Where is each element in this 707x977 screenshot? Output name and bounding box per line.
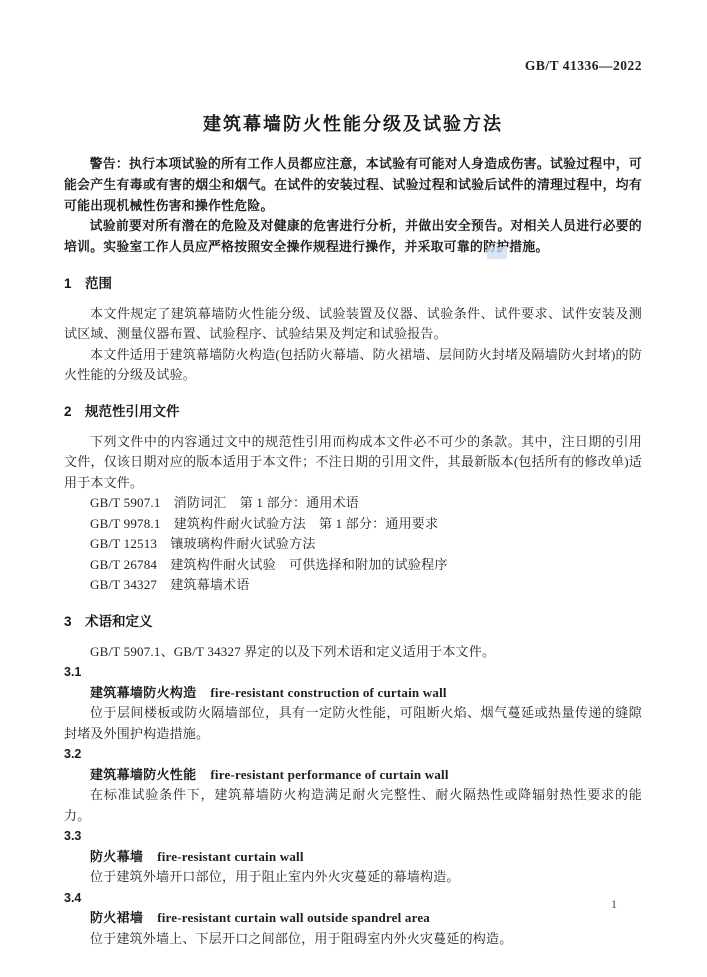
term-title: 建筑幕墙防火性能fire-resistant performance of cu… [64, 765, 642, 786]
term-title-chinese: 防火幕墙 [90, 849, 143, 864]
term-number: 3.1 [64, 662, 642, 683]
standard-number: GB/T 41336—2022 [525, 58, 642, 73]
reference-item: GB/T 5907.1 消防词汇 第 1 部分：通用术语 [90, 493, 642, 514]
term-definition: 位于建筑外墙开口部位，用于阻止室内外火灾蔓延的幕墙构造。 [64, 867, 642, 888]
term-title-english: fire-resistant construction of curtain w… [210, 685, 446, 700]
term-title: 防火幕墙fire-resistant curtain wall [64, 847, 642, 868]
normative-heading: 2 规范性引用文件 [64, 401, 642, 423]
warning-paragraph-2: 试验前要对所有潜在的危险及对健康的危害进行分析，并做出安全预告。对相关人员进行必… [64, 216, 642, 258]
section-scope: 1 范围 本文件规定了建筑幕墙防火性能分级、试验装置及仪器、试验条件、试件要求、… [64, 273, 642, 386]
term-entry: 3.1 建筑幕墙防火构造fire-resistant construction … [64, 662, 642, 744]
term-title-english: fire-resistant curtain wall outside span… [157, 910, 430, 925]
terms-heading: 3 术语和定义 [64, 611, 642, 633]
scan-highlight-artifact [487, 247, 507, 259]
reference-list: GB/T 5907.1 消防词汇 第 1 部分：通用术语 GB/T 9978.1… [64, 493, 642, 596]
term-entry: 3.2 建筑幕墙防火性能fire-resistant performance o… [64, 744, 642, 826]
term-title-english: fire-resistant performance of curtain wa… [210, 767, 448, 782]
terms-intro: GB/T 5907.1、GB/T 34327 界定的以及下列术语和定义适用于本文… [64, 642, 642, 663]
reference-item: GB/T 26784 建筑构件耐火试验 可供选择和附加的试验程序 [90, 555, 642, 576]
term-number: 3.4 [64, 888, 642, 909]
term-title: 建筑幕墙防火构造fire-resistant construction of c… [64, 683, 642, 704]
term-entry: 3.4 防火裙墙fire-resistant curtain wall outs… [64, 888, 642, 950]
warning-paragraph-1: 警告：执行本项试验的所有工作人员都应注意，本试验有可能对人身造成伤害。试验过程中… [64, 154, 642, 216]
document-page: GB/T 41336—2022 建筑幕墙防火性能分级及试验方法 警告：执行本项试… [0, 0, 707, 977]
term-title-chinese: 建筑幕墙防火性能 [90, 767, 196, 782]
term-title: 防火裙墙fire-resistant curtain wall outside … [64, 908, 642, 929]
warning-section: 警告：执行本项试验的所有工作人员都应注意，本试验有可能对人身造成伤害。试验过程中… [64, 154, 642, 258]
scope-paragraph-1: 本文件规定了建筑幕墙防火性能分级、试验装置及仪器、试验条件、试件要求、试件安装及… [64, 304, 642, 345]
scope-paragraph-2: 本文件适用于建筑幕墙防火构造(包括防火幕墙、防火裙墙、层间防火封堵及隔墙防火封堵… [64, 345, 642, 386]
term-entry: 3.3 防火幕墙fire-resistant curtain wall 位于建筑… [64, 826, 642, 888]
term-title-chinese: 防火裙墙 [90, 910, 143, 925]
normative-intro: 下列文件中的内容通过文中的规范性引用而构成本文件必不可少的条款。其中，注日期的引… [64, 432, 642, 494]
term-definition: 在标准试验条件下，建筑幕墙防火构造满足耐火完整性、耐火隔热性或降辐射热性要求的能… [64, 785, 642, 826]
term-number: 3.3 [64, 826, 642, 847]
section-normative-references: 2 规范性引用文件 下列文件中的内容通过文中的规范性引用而构成本文件必不可少的条… [64, 401, 642, 596]
term-title-english: fire-resistant curtain wall [157, 849, 303, 864]
section-terms-definitions: 3 术语和定义 GB/T 5907.1、GB/T 34327 界定的以及下列术语… [64, 611, 642, 950]
scope-heading: 1 范围 [64, 273, 642, 295]
term-definition: 位于建筑外墙上、下层开口之间部位，用于阻碍室内外火灾蔓延的构造。 [64, 929, 642, 950]
term-title-chinese: 建筑幕墙防火构造 [90, 685, 196, 700]
reference-item: GB/T 12513 镶玻璃构件耐火试验方法 [90, 534, 642, 555]
term-number: 3.2 [64, 744, 642, 765]
reference-item: GB/T 34327 建筑幕墙术语 [90, 575, 642, 596]
document-header: GB/T 41336—2022 [64, 57, 642, 74]
page-number: 1 [608, 896, 620, 912]
document-title: 建筑幕墙防火性能分级及试验方法 [64, 111, 642, 137]
reference-item: GB/T 9978.1 建筑构件耐火试验方法 第 1 部分：通用要求 [90, 514, 642, 535]
term-definition: 位于层间楼板或防火隔墙部位，具有一定防火性能，可阻断火焰、烟气蔓延或热量传递的缝… [64, 703, 642, 744]
